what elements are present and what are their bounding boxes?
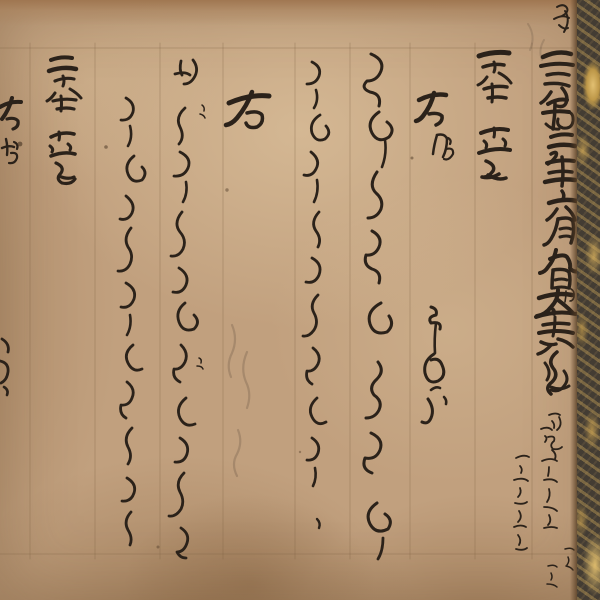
annotation-column-3 [514, 456, 529, 550]
marginal-mark-column [554, 5, 569, 32]
round-1-left-result-note [433, 135, 453, 160]
round-2-partial-character [0, 339, 8, 395]
calligraphy-artwork [0, 0, 600, 600]
annotation-column-1 [548, 414, 562, 460]
round-2-left-result [0, 98, 21, 129]
round-2-left-result-note [2, 139, 18, 163]
round-1-topic [479, 128, 510, 179]
annotation-column-2 [541, 428, 557, 528]
round-2-header [47, 57, 81, 111]
round-1-left-poem-line-2 [303, 62, 329, 528]
round-1-right-result [226, 92, 269, 128]
round-1-left-result [416, 93, 446, 125]
ruling-lines [0, 43, 572, 559]
round-2-topic [50, 132, 75, 184]
round-1-left-poem-line-1 [364, 54, 392, 559]
mounting-brocade-edge [577, 0, 600, 600]
annotation-column-4 [547, 565, 557, 587]
round-1-right-poem-line-2 [118, 98, 145, 545]
round-1-right-poem-line-1 [169, 60, 205, 558]
faint-ink-ghosts [528, 24, 544, 60]
foxing-specks [18, 142, 414, 549]
round-1-left-author [422, 307, 446, 423]
handscroll-photo [0, 0, 600, 600]
faint-ink-offset [229, 325, 250, 476]
round-1-header [478, 52, 511, 102]
